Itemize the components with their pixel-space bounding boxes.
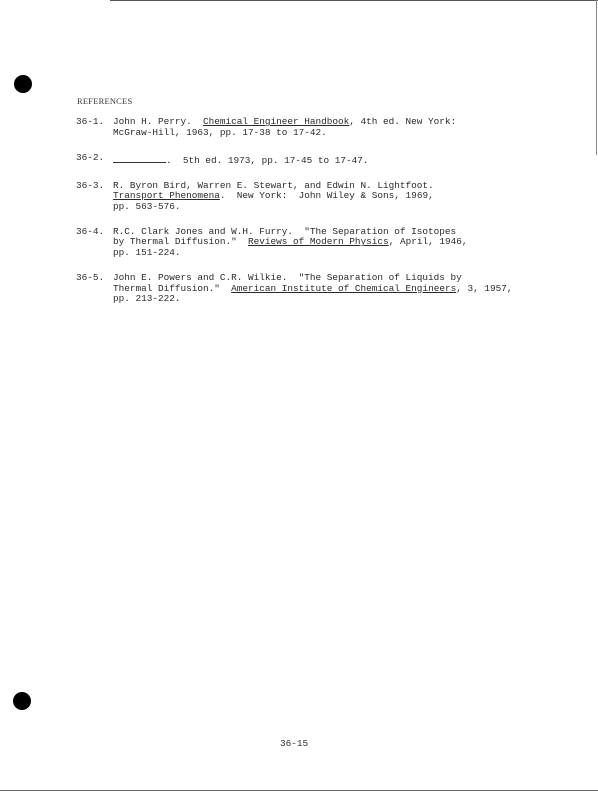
- reference-segment: pp. 151-224.: [113, 247, 181, 258]
- reference-entry: 36-2.. 5th ed. 1973, pp. 17-45 to 17-47.: [76, 153, 556, 167]
- reference-segment: , April, 1946,: [389, 236, 468, 247]
- reference-text: . 5th ed. 1973, pp. 17-45 to 17-47.: [113, 153, 556, 167]
- reference-segment: pp. 213-222.: [113, 293, 181, 304]
- reference-segment: . New York: John Wiley & Sons, 1969,: [220, 190, 434, 201]
- reference-entry: 36-3.R. Byron Bird, Warren E. Stewart, a…: [76, 181, 556, 213]
- references-heading: REFERENCES: [77, 96, 132, 106]
- reference-line: pp. 151-224.: [113, 248, 556, 259]
- reference-number: 36-3.: [76, 181, 113, 213]
- reference-line: pp. 563-576.: [113, 202, 556, 213]
- reference-segment: by Thermal Diffusion.": [113, 236, 248, 247]
- references-list: 36-1.John H. Perry. Chemical Engineer Ha…: [76, 117, 556, 319]
- reference-text: R.C. Clark Jones and W.H. Furry. "The Se…: [113, 227, 556, 259]
- reference-number: 36-4.: [76, 227, 113, 259]
- reference-segment: , 4th ed. New York:: [349, 116, 456, 127]
- reference-segment: . 5th ed. 1973, pp. 17-45 to 17-47.: [166, 155, 369, 166]
- punch-hole-bottom: [13, 692, 31, 710]
- reference-number: 36-1.: [76, 117, 113, 138]
- reference-number: 36-2.: [76, 153, 113, 167]
- reference-segment: pp. 563-576.: [113, 201, 181, 212]
- reference-line: pp. 213-222.: [113, 294, 556, 305]
- page-right-edge: [596, 0, 597, 155]
- reference-line: McGraw-Hill, 1963, pp. 17-38 to 17-42.: [113, 128, 556, 139]
- reference-segment: John H. Perry.: [113, 116, 203, 127]
- reference-title: Reviews of Modern Physics: [248, 236, 389, 247]
- ditto-author-blank: [113, 153, 166, 163]
- page-top-edge: [110, 0, 598, 1]
- reference-number: 36-5.: [76, 273, 113, 305]
- reference-segment: R. Byron Bird, Warren E. Stewart, and Ed…: [113, 180, 434, 191]
- reference-title: American Institute of Chemical Engineers: [231, 283, 456, 294]
- page-number: 36-15: [280, 738, 308, 749]
- reference-segment: R.C. Clark Jones and W.H. Furry. "The Se…: [113, 226, 456, 237]
- reference-segment: John E. Powers and C.R. Wilkie. "The Sep…: [113, 272, 462, 283]
- punch-hole-top: [14, 75, 32, 93]
- reference-text: John E. Powers and C.R. Wilkie. "The Sep…: [113, 273, 556, 305]
- reference-title: Transport Phenomena: [113, 190, 220, 201]
- reference-text: John H. Perry. Chemical Engineer Handboo…: [113, 117, 556, 138]
- reference-entry: 36-1.John H. Perry. Chemical Engineer Ha…: [76, 117, 556, 138]
- reference-entry: 36-4.R.C. Clark Jones and W.H. Furry. "T…: [76, 227, 556, 259]
- reference-segment: , 3, 1957,: [456, 283, 512, 294]
- reference-segment: Thermal Diffusion.": [113, 283, 231, 294]
- reference-segment: McGraw-Hill, 1963, pp. 17-38 to 17-42.: [113, 127, 327, 138]
- reference-entry: 36-5.John E. Powers and C.R. Wilkie. "Th…: [76, 273, 556, 305]
- reference-text: R. Byron Bird, Warren E. Stewart, and Ed…: [113, 181, 556, 213]
- reference-title: Chemical Engineer Handbook: [203, 116, 349, 127]
- reference-line: . 5th ed. 1973, pp. 17-45 to 17-47.: [113, 153, 556, 167]
